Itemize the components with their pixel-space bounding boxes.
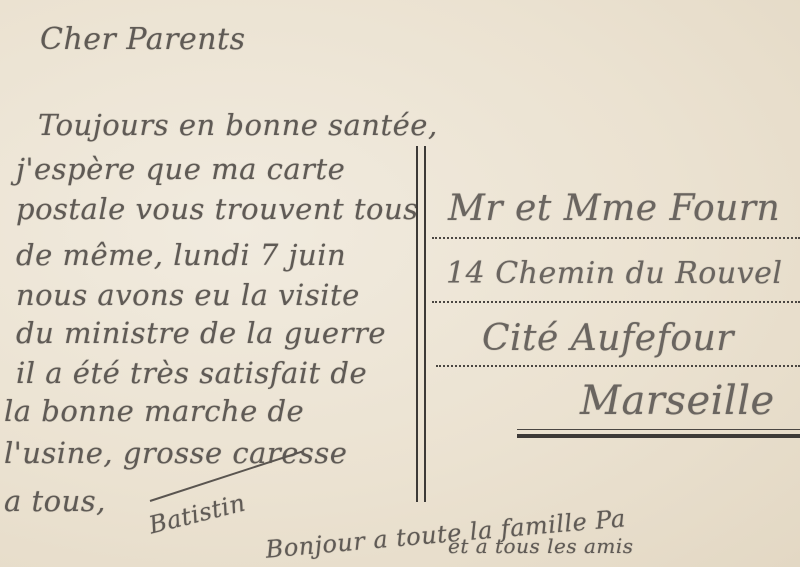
address-city: Marseille bbox=[580, 378, 775, 424]
message-line: a tous, bbox=[4, 484, 106, 518]
message-line: nous avons eu la visite bbox=[16, 278, 360, 312]
address-rule-3 bbox=[436, 365, 800, 367]
postscript-line-2: et a tous les amis bbox=[448, 534, 634, 558]
address-district: Cité Aufefour bbox=[482, 318, 734, 359]
message-line: la bonne marche de bbox=[4, 394, 304, 428]
address-recipient: Mr et Mme Fourn bbox=[448, 188, 780, 229]
message-line: j'espère que ma carte bbox=[16, 152, 345, 186]
center-divider bbox=[416, 146, 426, 502]
message-line: Toujours en bonne santée, bbox=[38, 108, 438, 142]
postcard: Cher Parents Toujours en bonne santée, j… bbox=[0, 0, 800, 567]
message-line: il a été très satisfait de bbox=[16, 356, 367, 390]
message-line: du ministre de la guerre bbox=[16, 316, 386, 350]
greeting: Cher Parents bbox=[40, 22, 246, 57]
address-street: 14 Chemin du Rouvel bbox=[446, 256, 782, 291]
address-rule-thick bbox=[517, 434, 800, 438]
address-rule-thin bbox=[517, 429, 800, 430]
address-rule-2 bbox=[432, 301, 800, 303]
message-line: postale vous trouvent tous bbox=[16, 192, 419, 226]
address-rule-1 bbox=[432, 237, 800, 239]
message-line: de même, lundi 7 juin bbox=[16, 238, 346, 272]
